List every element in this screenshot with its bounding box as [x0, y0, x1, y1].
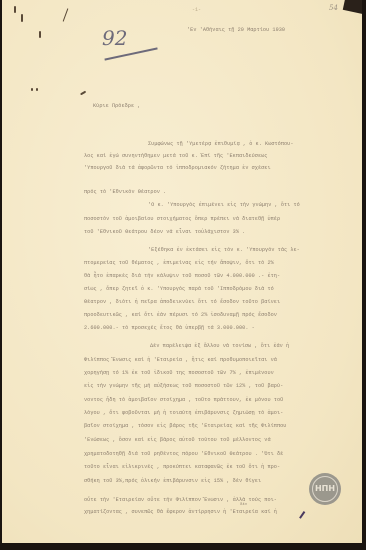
body-line: τοῦτο εἶναι εἰλικρινές , προκύπτει καταφ… [84, 464, 280, 470]
body-line: 'Εξέθηκα ἐν ἐκτάσει εἰς τόν κ. 'Υπουργόν… [148, 247, 300, 253]
archive-stamp: ΗΠΗ [309, 473, 341, 505]
stamp-label: ΗΠΗ [312, 476, 338, 502]
body-line: θά ἦτο ἐπαρκές διά τήν κάλυψιν τοῦ ποσοῦ… [84, 273, 280, 279]
body-line: νοντος ἤδη τό ἀμοιβαῖον στοίχημα , τοῦτο… [84, 397, 283, 403]
ink-correction [299, 511, 305, 518]
body-line: οὔτε τήν 'Εταιρείαν οὔτε τήν Φιλίππον Ἕν… [84, 497, 277, 503]
margin-mark [80, 91, 86, 95]
margin-mark [39, 31, 41, 38]
body-line: Φιλίππος Ἕνωσις καί ἡ 'Εταιρεία , ἥτις κ… [84, 357, 277, 363]
body-line: χρηματοδοτηθῇ διά τοῦ ρηθέντος πόρου 'Εθ… [84, 451, 283, 457]
margin-mark [31, 88, 33, 91]
dateline: 'Εν 'Αθήναις τῇ 20 Μαρτίου 1930 [187, 27, 285, 33]
body-line: εἰς τήν γνώμην τῆς μή αὐξήσεως τοῦ ποσοσ… [84, 383, 283, 389]
body-line: 'Υπουργοῦ διά τά ἀφορῶντα τό ἱπποδρομιακ… [84, 165, 271, 171]
document-page: -1- 54 92 'Εν 'Αθήναις τῇ 20 Μαρτίου 193… [2, 0, 362, 543]
body-line: ποσοστόν τοῦ ἀμοιβαίου στοιχήματος ὅπερ … [84, 216, 280, 222]
page-corner-fold [343, 0, 362, 14]
margin-mark [14, 6, 16, 13]
scan-bottom-edge [0, 543, 366, 550]
body-line: χορηγήσῃ τό 1% ἐκ τοῦ ἰδικοῦ της ποσοστο… [84, 370, 274, 376]
body-line: 'Ενώσεως , ὅσον καί εἰς βάρος αὐτοῦ τούτ… [84, 437, 271, 443]
body-line: βαῖον στοίχημα , τόσον εἰς βάρος τῆς 'Ετ… [84, 423, 286, 429]
archive-number: 54 [329, 4, 338, 12]
body-line: λόγου , ὅτι φοβοῦνται μή ἡ τοιαύτη ἐπιβά… [84, 410, 283, 416]
body-line: προοδευτικῶς , καί ὅτι ἐάν πέρυσι τό 2% … [84, 312, 277, 318]
body-line: πρός τό 'Εθνικόν Θέατρον . [84, 189, 166, 195]
body-line: σθήκη τοῦ 3%,πρός ὁλικήν ἐπιβάρυνσιν εἰς… [84, 478, 261, 484]
body-line: πτομερείας τοῦ θέματος , ἐπιμείνας εἰς τ… [84, 260, 274, 266]
body-line: 2.600.000.- τό προσεχές ἔτος θά ὑπερβῇ τ… [84, 325, 255, 331]
body-line: Συμφώνως τῇ 'Υμετέρᾳ ἐπιθυμίᾳ , ὁ κ. Κωσ… [148, 141, 294, 147]
body-line: λος καί ἐγώ συνηντήθημεν μετά τοῦ κ. Ἐπί… [84, 153, 267, 159]
body-line: 'Ο κ. 'Υπουργός ἐπιμένει εἰς τήν γνώμην … [148, 202, 300, 208]
page-marker: -1- [192, 7, 201, 13]
body-line: Δέν παρέλειψα ἐξ ἄλλου νά τονίσω , ὅτι ἐ… [150, 343, 289, 349]
margin-mark [36, 88, 38, 91]
body-line: σίως , ὅπερ ζητεῖ ὁ κ. 'Υπουργός παρά το… [84, 286, 274, 292]
body-line: χηματίζοντας , συνεπῶς θά ἔφερον ἀντίρρη… [84, 509, 277, 515]
handwritten-number: 92 [102, 26, 127, 50]
body-line: Θέατρον , διότι ἡ πεῖρα ἀποδεικνύει ὅτι … [84, 299, 280, 305]
interlinear-note: δέν [240, 503, 247, 507]
salutation: Κύριε Πρόεδρε , [93, 103, 140, 109]
margin-mark [21, 14, 23, 22]
body-line: τοῦ 'Εθνικοῦ Θεάτρου δέον νά εἶναι τοὐλά… [84, 229, 245, 235]
margin-mark [63, 8, 69, 21]
